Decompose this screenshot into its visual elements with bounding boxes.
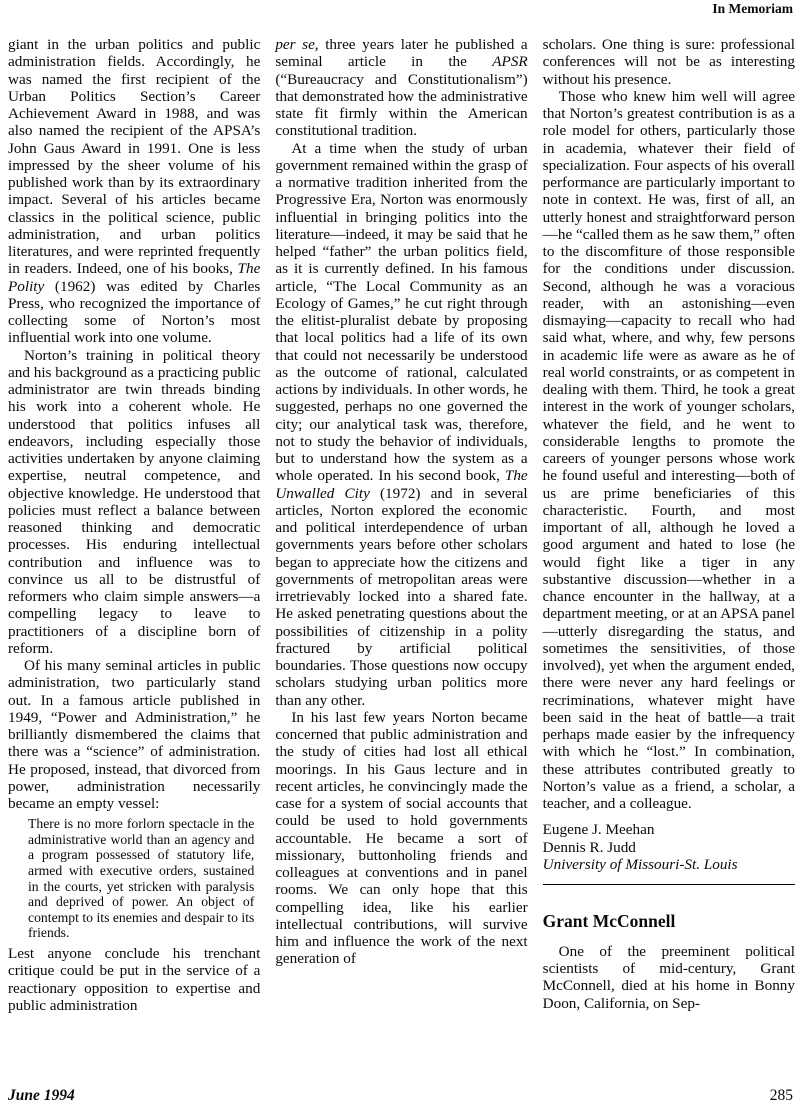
page-footer-date: June 1994 [8,1087,75,1105]
paragraph: In his last few years Norton became conc… [275,709,527,968]
obituary-heading-grant-mcconnell: Grant McConnell [543,911,795,931]
paragraph: Of his many seminal articles in public a… [8,657,260,812]
column-2: per se, three years later he published a… [275,36,527,1014]
paragraph: per se, three years later he published a… [275,36,527,140]
paragraph: Lest anyone conclude his trenchant criti… [8,945,260,1014]
paragraph: At a time when the study of urban govern… [275,140,527,709]
paragraph: One of the preeminent political scientis… [543,943,795,1012]
paragraph: giant in the urban politics and public a… [8,36,260,347]
signature-block: Eugene J. Meehan Dennis R. Judd Universi… [543,821,795,874]
signature-affiliation: University of Missouri-St. Louis [543,856,795,874]
block-quote: There is no more forlorn spectacle in th… [28,816,254,941]
journal-page: In Memoriam giant in the urban politics … [0,0,800,1112]
paragraph: scholars. One thing is sure: professiona… [543,36,795,88]
running-head: In Memoriam [712,1,793,17]
column-3: scholars. One thing is sure: professiona… [543,36,795,1014]
page-number: 285 [770,1087,793,1105]
signature-name: Eugene J. Meehan [543,821,795,839]
three-column-text: giant in the urban politics and public a… [8,36,795,1014]
paragraph: Those who knew him well will agree that … [543,88,795,813]
column-1: giant in the urban politics and public a… [8,36,260,1014]
signature-name: Dennis R. Judd [543,839,795,857]
paragraph: Norton’s training in political theory an… [8,347,260,658]
section-divider [543,884,795,885]
